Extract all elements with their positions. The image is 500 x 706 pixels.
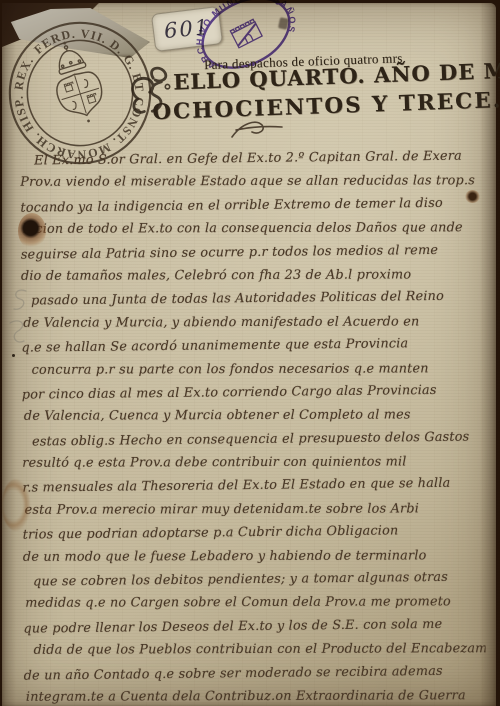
manuscript-line: medidas q.e no Cargen sobre el Comun del… [25, 591, 485, 616]
ornate-initial-s-icon [127, 63, 177, 123]
pencil-margin-mark [2, 283, 38, 379]
heading-line-1: ELLO QUARTO. AÑO DE MIL [173, 59, 476, 95]
manuscript-line: integram.te a Cuenta dela Contribuz.on E… [26, 684, 486, 706]
castle-emblem-icon [64, 77, 97, 109]
manuscript-body: El Ex.mo S.or Gral. en Gefe del Ex.to 2.… [20, 145, 486, 706]
manuscript-line: de un año Contado q.e sobre ser moderado… [24, 659, 486, 688]
manuscript-line: de Valencia, Cuenca y Murcia obtener el … [24, 403, 484, 428]
manuscript-line: trios que podrian adoptarse p.a Cubrir d… [23, 519, 485, 548]
manuscript-line: pasado una Junta de todas las Autoridade… [31, 285, 483, 314]
manuscript-line: q.e se hallan Se acordó unanimemente que… [21, 332, 483, 361]
manuscript-line: estas oblig.s Hecho en consequencia el p… [32, 425, 484, 454]
manuscript-line: de un modo que le fuese Lebadero y habie… [23, 544, 485, 569]
stamp-emblem-icon [230, 19, 262, 48]
heading-line-2: OCHOCIENTOS Y TRECE. [152, 89, 477, 125]
manuscript-line: concurra p.r su parte con los fondos nec… [32, 357, 484, 382]
sello-heading: ELLO QUARTO. AÑO DE MIL OCHOCIENTOS Y TR… [125, 51, 478, 147]
manuscript-line: dida de que los Pueblos contribuian con … [34, 637, 486, 662]
manuscript-line: seguirse ala Patria sino se ocurre p.r t… [21, 238, 483, 267]
stain-ring [2, 479, 30, 531]
rubric-flourish-icon [226, 117, 288, 143]
ink-spot [465, 190, 480, 203]
coat-of-arms-icon [53, 68, 110, 129]
document-page: FERD. VII. D. G. ET CONST. MONARCH. HISP… [2, 3, 496, 706]
ink-blot [18, 213, 46, 249]
manuscript-line: Prov.a viendo el miserable Estado aque s… [20, 170, 482, 195]
photo-background: { "colors": { "photo-bg": "#241409", "pa… [0, 0, 500, 706]
manuscript-line: r.s mensuales ala Thesoreria del Ex.to E… [22, 472, 484, 501]
manuscript-line: lucion de todo el Ex.to con la consequen… [23, 216, 483, 241]
